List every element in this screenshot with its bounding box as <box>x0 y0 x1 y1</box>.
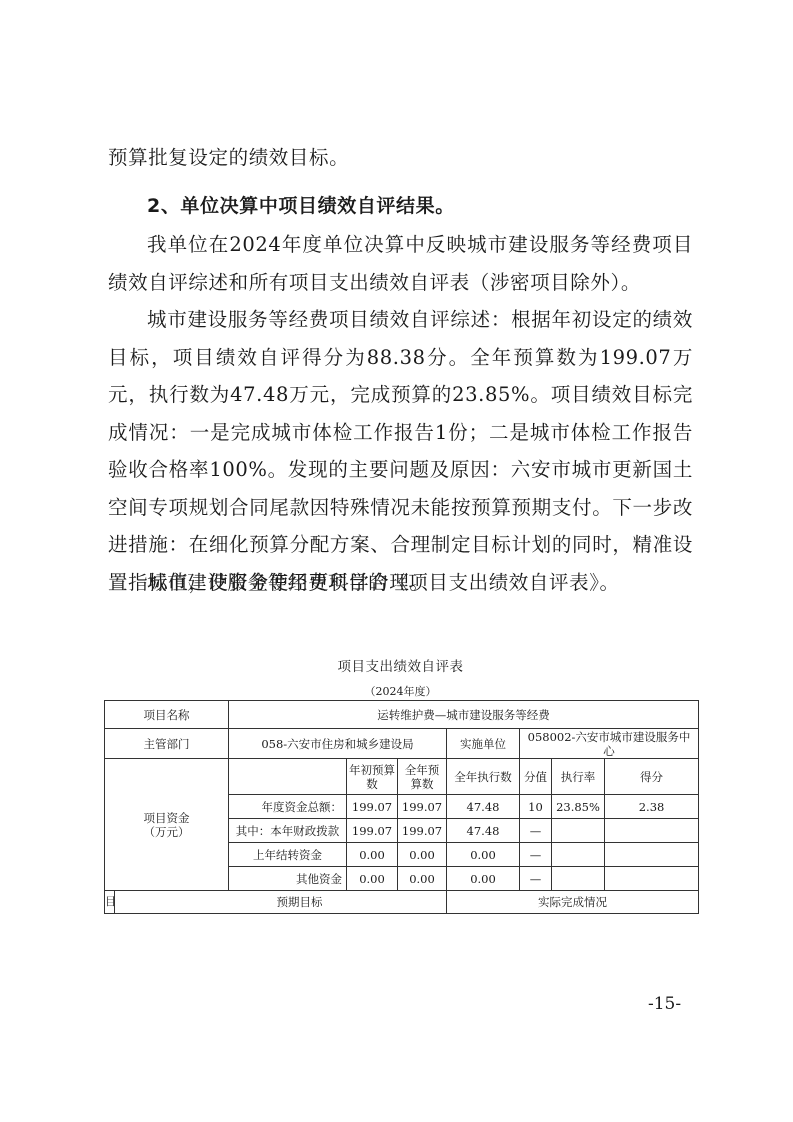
impl-value: 058002-六安市城市建设服务中心 <box>520 729 699 759</box>
initial-budget-value: 199.07 <box>347 819 398 843</box>
header-initial-budget: 年初预算数 <box>347 759 398 795</box>
table-subtitle: （2024年度） <box>104 683 697 699</box>
row-goals: 目总年标体度 预期目标 实际完成情况 <box>105 891 699 914</box>
project-name-value: 运转维护费—城市建设服务等经费 <box>229 701 699 729</box>
row-project-name: 项目名称 运转维护费—城市建设服务等经费 <box>105 701 699 729</box>
section-heading: 2、单位决算中项目绩效自评结果。 <box>108 188 693 226</box>
annual-exec-value: 47.48 <box>447 819 520 843</box>
paragraph-continuation: 预算批复设定的绩效目标。 <box>108 139 693 177</box>
funds-label: 项目资金（万元） <box>105 759 229 891</box>
table-title: 项目支出绩效自评表 <box>104 655 697 675</box>
row-label: 其他资金 <box>229 867 347 891</box>
impl-label: 实施单位 <box>447 729 520 759</box>
score-weight-value: — <box>520 843 552 867</box>
dept-value: 058-六安市住房和城乡建设局 <box>229 729 447 759</box>
annual-budget-value: 199.07 <box>398 819 447 843</box>
goals-cut-label: 目总年标体度 <box>105 891 115 914</box>
score-weight-value: 10 <box>520 795 552 819</box>
exec-rate-value <box>552 867 605 891</box>
exec-rate-value <box>552 819 605 843</box>
actual-completion-label: 实际完成情况 <box>447 891 699 914</box>
page-number: -15- <box>648 994 681 1014</box>
initial-budget-value: 0.00 <box>347 843 398 867</box>
score-value: 2.38 <box>605 795 699 819</box>
paragraph-table-reference: 城市建设服务等经费项目的《项目支出绩效自评表》。 <box>108 564 693 602</box>
row-label: 年度资金总额： <box>229 795 347 819</box>
exec-rate-value: 23.85% <box>552 795 605 819</box>
paragraph-intro: 我单位在2024年度单位决算中反映城市建设服务等经费项目绩效自评综述和所有项目支… <box>108 226 693 301</box>
project-name-label: 项目名称 <box>105 701 229 729</box>
document-page: 预算批复设定的绩效目标。 2、单位决算中项目绩效自评结果。 我单位在2024年度… <box>0 0 793 1122</box>
paragraph-summary: 城市建设服务等经费项目绩效自评综述：根据年初设定的绩效目标，项目绩效自评得分为8… <box>108 301 693 601</box>
dept-label: 主管部门 <box>105 729 229 759</box>
expected-goal-label: 预期目标 <box>115 891 447 914</box>
header-annual-budget: 全年预算数 <box>398 759 447 795</box>
header-annual-exec: 全年执行数 <box>447 759 520 795</box>
score-value <box>605 819 699 843</box>
score-weight-value: — <box>520 819 552 843</box>
initial-budget-value: 199.07 <box>347 795 398 819</box>
row-label: 其中：本年财政拨款 <box>229 819 347 843</box>
annual-exec-value: 0.00 <box>447 867 520 891</box>
performance-self-evaluation-table: 项目名称 运转维护费—城市建设服务等经费 主管部门 058-六安市住房和城乡建设… <box>104 700 699 914</box>
annual-budget-value: 199.07 <box>398 795 447 819</box>
row-department: 主管部门 058-六安市住房和城乡建设局 实施单位 058002-六安市城市建设… <box>105 729 699 759</box>
blank-header-cell <box>229 759 347 795</box>
funds-label-text: 项目资金（万元） <box>135 811 199 839</box>
annual-exec-value: 47.48 <box>447 795 520 819</box>
goals-cut-label-text: 目总年标体度 <box>105 897 115 907</box>
header-exec-rate: 执行率 <box>552 759 605 795</box>
header-score: 得分 <box>605 759 699 795</box>
score-value <box>605 843 699 867</box>
annual-budget-value: 0.00 <box>398 843 447 867</box>
annual-exec-value: 0.00 <box>447 843 520 867</box>
score-value <box>605 867 699 891</box>
score-weight-value: — <box>520 867 552 891</box>
initial-budget-value: 0.00 <box>347 867 398 891</box>
row-fund-headers: 项目资金（万元） 年初预算数 全年预算数 全年执行数 分值 执行率 得分 <box>105 759 699 795</box>
exec-rate-value <box>552 843 605 867</box>
header-score-weight: 分值 <box>520 759 552 795</box>
annual-budget-value: 0.00 <box>398 867 447 891</box>
row-label: 上年结转资金 <box>229 843 347 867</box>
